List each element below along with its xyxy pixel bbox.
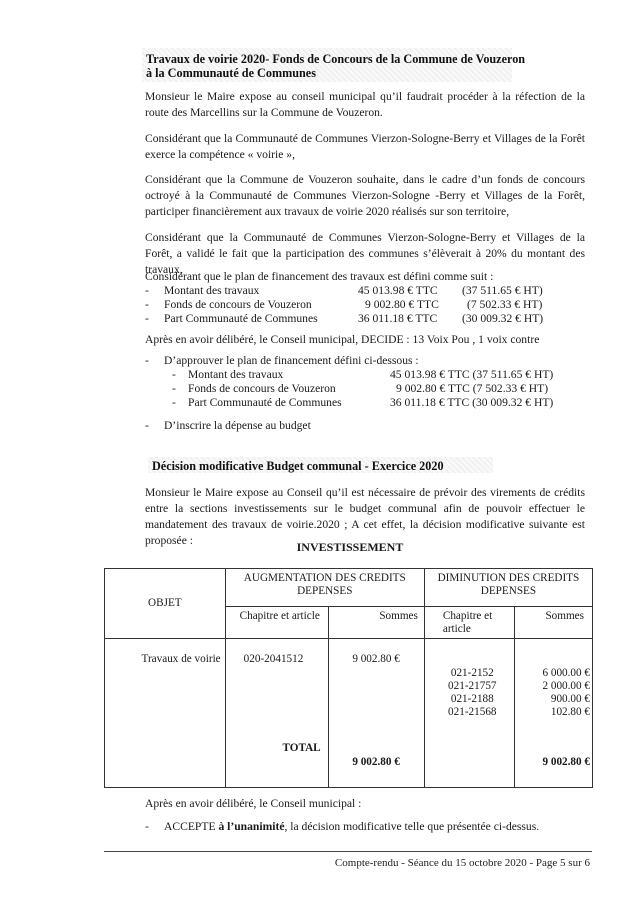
approved-plan-value: 36 011.18 € TTC (30 009.32 € HT) (390, 396, 553, 410)
aug-chapitre-value: 020-2041512 (244, 653, 328, 666)
header-dim-sommes: Sommes (514, 607, 592, 639)
approved-plan-label: Montant des travaux (188, 368, 283, 382)
header-aug-sommes: Sommes (328, 607, 424, 639)
approved-plan-label: Fonds de concours de Vouzeron (188, 382, 336, 396)
footer-divider (104, 851, 592, 852)
approved-plan-label: Part Communauté de Communes (188, 396, 342, 410)
dim-somme-value: 6 000.00 € (515, 667, 590, 680)
section1-title-line1: Travaux de voirie 2020- Fonds de Concour… (146, 52, 525, 66)
bullet-dash: - (172, 368, 176, 382)
plan-ttc: 9 002.80 € TTC (365, 298, 439, 312)
approve-text: D’approuver le plan de financement défin… (164, 354, 419, 368)
table-row: Travaux de voirie TOTAL 020-2041512 9 00… (105, 639, 593, 788)
investment-table: OBJET AUGMENTATION DES CREDITS DEPENSES … (104, 568, 593, 788)
plan-intro: Considérant que le plan de financement d… (145, 270, 493, 284)
approved-plan-value: 9 002.80 € TTC (7 502.33 € HT) (396, 382, 548, 396)
plan-label: Montant des travaux (164, 284, 259, 298)
dim-chapitre-value: 021-2152 (431, 667, 514, 680)
inscribe-text: D’inscrire la dépense au budget (164, 419, 311, 433)
header-objet: OBJET (105, 569, 226, 639)
dim-somme-value: 2 000.00 € (515, 680, 590, 693)
section2-title: Décision modificative Budget communal - … (152, 459, 444, 473)
decision-vote: Après en avoir délibéré, le Conseil muni… (145, 333, 539, 347)
accept-bold: à l’unanimité (218, 820, 284, 833)
accept-text: ACCEPTE à l’unanimité, la décision modif… (164, 820, 539, 834)
cell-aug-somme: 9 002.80 € 9 002.80 € (328, 639, 424, 788)
header-augmentation: AUGMENTATION DES CREDITS DEPENSES (225, 569, 424, 607)
paragraph-competence: Considérant que la Communauté de Commune… (145, 131, 585, 163)
total-label: TOTAL (283, 742, 321, 755)
paragraph-fonds-concours: Considérant que la Commune de Vouzeron s… (145, 172, 585, 220)
header-dim-chapitre: Chapitre et article (424, 607, 514, 639)
cell-aug-chapitre: 020-2041512 (225, 639, 328, 788)
cell-dim-somme: 6 000.00 € 2 000.00 € 900.00 € 102.80 € … (514, 639, 592, 788)
paragraph-intro: Monsieur le Maire expose au conseil muni… (145, 89, 585, 121)
plan-ht: (7 502.33 € HT) (467, 298, 542, 312)
section1-title-line2: à la Communauté de Communes (146, 66, 316, 80)
bullet-dash: - (172, 396, 176, 410)
accept-suffix: , la décision modificative telle que pré… (284, 820, 539, 833)
approved-plan-value: 45 013.98 € TTC (37 511.65 € HT) (390, 368, 553, 382)
bullet-dash: - (145, 284, 149, 298)
plan-label: Part Communauté de Communes (164, 312, 318, 326)
plan-ht: (37 511.65 € HT) (462, 284, 543, 298)
bullet-dash: - (172, 382, 176, 396)
total-dim: 9 002.80 € (542, 756, 590, 769)
page-footer: Compte-rendu - Séance du 15 octobre 2020… (335, 857, 590, 869)
table-title: INVESTISSEMENT (0, 540, 640, 555)
dim-somme-value: 900.00 € (515, 693, 590, 706)
header-diminution: DIMINUTION DES CREDITS DEPENSES (424, 569, 592, 607)
after-deliberation: Après en avoir délibéré, le Conseil muni… (145, 797, 361, 811)
objet-value: Travaux de voirie (105, 653, 221, 666)
bullet-dash: - (145, 312, 149, 326)
bullet-dash: - (145, 354, 149, 368)
dim-chapitre-value: 021-21568 (431, 706, 514, 719)
dim-somme-value: 102.80 € (515, 706, 590, 719)
header-objet-label: OBJET (148, 597, 182, 609)
cell-dim-chapitre: 021-2152 021-21757 021-2188 021-21568 (424, 639, 514, 788)
bullet-dash: - (145, 820, 149, 834)
bullet-dash: - (145, 298, 149, 312)
accept-prefix: ACCEPTE (164, 820, 218, 833)
bullet-dash: - (145, 419, 149, 433)
cell-objet: Travaux de voirie TOTAL (105, 639, 226, 788)
dim-chapitre-value: 021-2188 (431, 693, 514, 706)
aug-somme-value: 9 002.80 € (329, 653, 400, 666)
total-aug: 9 002.80 € (352, 756, 400, 769)
header-aug-chapitre: Chapitre et article (225, 607, 328, 639)
plan-label: Fonds de concours de Vouzeron (164, 298, 312, 312)
dim-chapitre-value: 021-21757 (431, 680, 514, 693)
plan-ttc: 45 013.98 € TTC (358, 284, 438, 298)
plan-ht: (30 009.32 € HT) (462, 312, 543, 326)
plan-ttc: 36 011.18 € TTC (358, 312, 437, 326)
